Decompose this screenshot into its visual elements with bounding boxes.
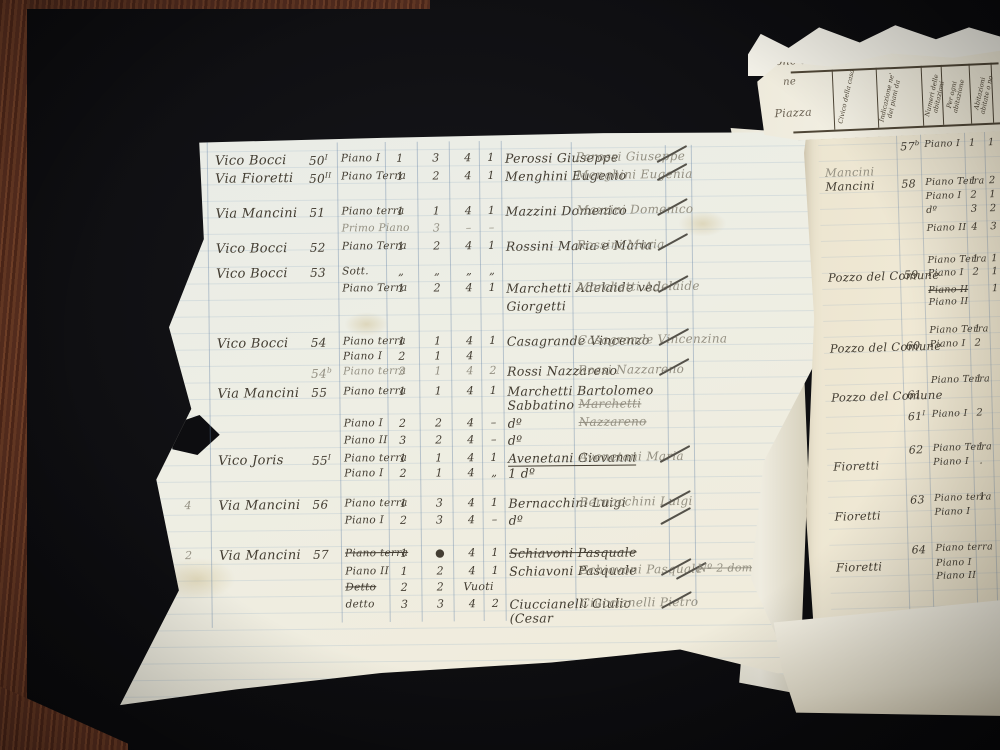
count-value: ● <box>431 546 449 559</box>
street-name: Pozzo del Comune <box>830 339 942 356</box>
header-column-label: Civico della casa <box>837 68 857 126</box>
count-value: 1 <box>971 373 987 384</box>
civic-number: 60 <box>906 339 921 352</box>
count-value: 3 <box>430 496 448 509</box>
floor-label: dº <box>926 205 937 216</box>
count-value: Vuoti <box>463 580 481 593</box>
count-value: 1 <box>969 323 985 334</box>
owner-name-ink: Sabbatino <box>507 397 574 413</box>
civic-number: 64 <box>911 543 926 556</box>
civic-number: 57b <box>900 139 920 153</box>
header-column-label: Per ogni abitazione <box>943 66 970 126</box>
count-value: 2 <box>970 337 986 348</box>
count-value: 2 <box>431 564 449 577</box>
margin-mark: 1 <box>182 267 189 280</box>
street-name: Via Mancini <box>215 206 297 222</box>
civic-number: 51 <box>309 206 341 220</box>
count-value: 3 <box>986 221 1000 232</box>
count-value: 1 <box>391 205 409 218</box>
civic-number: 54 <box>311 336 343 350</box>
civic-number: 58 <box>901 177 916 190</box>
count-value: 3 <box>966 203 982 214</box>
count-value: 1 <box>974 491 990 502</box>
count-value: „ <box>483 264 501 277</box>
civic-number: 57 <box>313 547 345 561</box>
margin-mark: ) <box>181 154 186 167</box>
count-value: 2 <box>427 169 445 182</box>
header-column-label: Indicazione ne' dei piani da <box>878 69 905 129</box>
floor-label: Piano I <box>933 456 969 468</box>
civic-number: 56 <box>312 497 344 511</box>
count-value: 1 <box>391 152 409 165</box>
count-value: 1 <box>964 137 980 148</box>
street-name: Pozzo del Comune <box>831 388 943 405</box>
count-value: 1 <box>430 466 448 479</box>
count-value: 1 <box>391 170 409 183</box>
count-value: 1 <box>965 175 981 186</box>
count-value: 1 <box>393 385 411 398</box>
street-name: Fioretti <box>833 458 880 473</box>
count-value: 1 <box>395 565 413 578</box>
count-value: 2 <box>428 239 446 252</box>
civic-number: 61I <box>908 409 926 423</box>
left-page-column-lines <box>103 122 818 129</box>
count-value: 2 <box>966 189 982 200</box>
civic-number: 52 <box>310 241 342 255</box>
count-value: 4 <box>462 496 480 509</box>
count-value: 4 <box>460 239 478 252</box>
count-value: 1 <box>967 253 983 264</box>
count-value: . <box>973 455 989 466</box>
owner-name-ink: Giorgetti <box>506 298 566 314</box>
margin-mark: 4 <box>184 499 191 512</box>
margin-mark: ) <box>181 172 186 185</box>
owner-name-ink: dº <box>508 433 523 448</box>
floor-label: Piano II <box>928 284 968 296</box>
count-value: 1 <box>987 253 1000 264</box>
floor-label: Piano I <box>341 152 380 164</box>
count-value: 2 <box>972 407 988 418</box>
count-value: 2 <box>394 467 412 480</box>
count-value: 1 <box>394 452 412 465</box>
count-value: – <box>483 221 501 234</box>
count-value: 4 <box>462 466 480 479</box>
count-value: 1 <box>482 151 500 164</box>
count-value: 1 <box>392 240 410 253</box>
count-value: 1 <box>973 441 989 452</box>
count-value: 1 <box>429 334 447 347</box>
count-value: 1 <box>988 283 1000 294</box>
count-value: 2 <box>395 581 413 594</box>
count-value: 2 <box>968 266 984 277</box>
civic-number: 61 <box>907 388 922 401</box>
count-value: 4 <box>461 384 479 397</box>
ledger-line: 57bPiano I11 <box>818 137 1000 158</box>
street-name: Mancini <box>825 178 875 193</box>
count-value: „ <box>392 265 410 278</box>
count-value: 3 <box>427 151 445 164</box>
floor-label: Piano I <box>344 467 383 479</box>
count-value: „ <box>460 264 478 277</box>
floor-label: Piano I <box>343 350 382 362</box>
header-fragment-piazza: Piazza <box>774 106 812 121</box>
count-value: 4 <box>462 433 480 446</box>
owner-name-ink: dº <box>508 416 523 431</box>
floor-label: Piano terra <box>935 541 993 554</box>
count-value: 2 <box>394 417 412 430</box>
civic-number: 50I <box>309 153 341 168</box>
civic-number: 59 <box>904 268 919 281</box>
street-name: Via Mancini <box>219 548 301 564</box>
right-page-rows: 57bPiano I11ManciniMancini58Piano Terra1… <box>818 131 1000 614</box>
count-value: 2 <box>428 281 446 294</box>
count-value: 4 <box>461 364 479 377</box>
floor-label: Piano I <box>932 408 968 420</box>
count-value: 3 <box>394 434 412 447</box>
header-column-cell: Civico della casa <box>832 68 880 130</box>
count-value: 1 <box>482 169 500 182</box>
count-value: 4 <box>459 169 477 182</box>
civic-number: 63 <box>910 493 925 506</box>
street-name: Fioretti <box>834 508 881 523</box>
count-value: 2 <box>431 580 449 593</box>
count-value: 2 <box>486 597 504 610</box>
count-value: 4 <box>463 513 481 526</box>
header-column-cell: Per ogni abitazione <box>941 64 973 125</box>
header-fragment-ne: ne <box>783 76 796 88</box>
floor-label: Piano I <box>930 338 966 350</box>
count-value: 4 <box>462 451 480 464</box>
count-value: 1 <box>988 266 1000 277</box>
owner-name-ink: (Cesar <box>510 610 554 625</box>
count-value: 1 <box>429 364 447 377</box>
bottom-right-page-fold <box>771 600 1000 720</box>
owner-name-pencil: Bernacchini Luigi <box>579 494 692 509</box>
street-name: Vico Bocci <box>215 153 287 169</box>
header-column-cell: Indicazione ne' dei piani da <box>876 66 925 128</box>
civic-number: 55 <box>311 386 343 400</box>
floor-label: Piano I <box>936 557 972 569</box>
count-value: – <box>485 416 503 429</box>
left-page: )Vico Bocci50IPiano I1341Perossi Giusepp… <box>103 122 824 714</box>
owner-name-pencil: Nazzareno <box>579 414 647 429</box>
ledger-photo: )Vico Bocci50IPiano I1341Perossi Giusepp… <box>0 0 1000 750</box>
floor-label: Piano I <box>934 506 970 518</box>
count-value: 3 <box>431 513 449 526</box>
count-value: 4 <box>459 204 477 217</box>
ledger-line: Piano II43 <box>821 221 1000 242</box>
desk-wood-edge-top <box>0 0 430 9</box>
floor-label: detto <box>345 598 374 610</box>
count-value: 1 <box>486 564 504 577</box>
count-value: 1 <box>395 547 413 560</box>
count-value: 2 <box>985 175 999 186</box>
owner-name-ink: Schiavoni Pasquale <box>509 544 637 560</box>
floor-label: Detto <box>345 581 376 593</box>
street-name: Pozzo del Comune <box>828 268 940 285</box>
left-page-rows: )Vico Bocci50IPiano I1341Perossi Giusepp… <box>103 122 818 129</box>
count-value: 3 <box>395 598 413 611</box>
owner-name-pencil: Marchetti <box>578 396 641 411</box>
floor-label: Piano I <box>926 190 962 202</box>
ledger-line: 61IPiano I2 <box>826 407 1000 428</box>
count-value: 1 <box>392 282 410 295</box>
civic-number: 54b <box>311 366 343 381</box>
owner-name-pencil: Rossini Maria <box>577 237 665 252</box>
count-value: 4 <box>459 151 477 164</box>
civic-number: 53 <box>310 266 342 280</box>
count-value: 2 <box>395 514 413 527</box>
owner-name-ink: dº <box>509 513 524 528</box>
count-value: 2 <box>484 364 502 377</box>
count-value: 1 <box>485 451 503 464</box>
count-value: 4 <box>966 221 982 232</box>
count-value: – <box>485 433 503 446</box>
header-column-cell <box>991 62 1000 122</box>
floor-label: Piano II <box>929 296 969 308</box>
floor-label: Primo Piano <box>342 222 410 235</box>
floor-label: Piano II <box>926 222 966 234</box>
civic-number: 50II <box>309 171 341 186</box>
count-value: 1 <box>429 384 447 397</box>
count-value: 3 <box>393 365 411 378</box>
owner-name-pencil: Marchetti Adelaide <box>577 279 700 294</box>
count-value: 4 <box>461 334 479 347</box>
street-name: Vico Joris <box>218 453 284 469</box>
count-value: 4 <box>463 597 481 610</box>
owner-name-pencil: Casagrande Vincenzina <box>578 331 728 347</box>
count-value: 1 <box>484 334 502 347</box>
floor-label: Piano I <box>924 138 960 150</box>
street-name: Via Mancini <box>218 498 300 514</box>
floor-label: Piano I <box>344 417 383 429</box>
count-value: 4 <box>460 281 478 294</box>
count-value: 1 <box>394 497 412 510</box>
count-value: „ <box>428 264 446 277</box>
count-value: 1 <box>427 204 445 217</box>
count-value: „ <box>485 466 503 479</box>
desk-wood-edge-left <box>0 0 27 750</box>
owner-name-ink: 1 dº <box>508 465 535 480</box>
count-value: 1 <box>986 189 1000 200</box>
count-value: 1 <box>483 281 501 294</box>
count-value: 3 <box>428 221 446 234</box>
count-value: 1 <box>482 204 500 217</box>
count-value: 4 <box>463 546 481 559</box>
civic-number: 62 <box>909 443 924 456</box>
count-value: 1 <box>486 546 504 559</box>
count-value: – <box>460 221 478 234</box>
floor-label: Piano I <box>345 514 384 526</box>
count-value: 4 <box>463 564 481 577</box>
floor-label: Piano II <box>345 565 389 577</box>
street-name: Vico Bocci <box>216 241 288 257</box>
margin-mark: 2 <box>185 549 192 562</box>
count-value: 1 <box>430 451 448 464</box>
count-value: 3 <box>431 597 449 610</box>
street-name: Via Fioretti <box>215 171 293 187</box>
count-value: 1 <box>393 335 411 348</box>
civic-number: 55I <box>312 452 344 467</box>
count-value: 1 <box>429 349 447 362</box>
count-value: 2 <box>430 416 448 429</box>
street-name: Vico Bocci <box>217 336 289 352</box>
floor-label: Piano I <box>928 267 964 279</box>
street-name: Vico Bocci <box>216 266 288 282</box>
count-value: 4 <box>462 416 480 429</box>
count-value: 1 <box>483 239 501 252</box>
count-value: 1 <box>984 137 998 148</box>
floor-label: Sott. <box>342 265 369 277</box>
floor-label: Piano II <box>936 570 976 582</box>
count-value: 4 <box>461 349 479 362</box>
count-value: 2 <box>430 433 448 446</box>
count-value: 1 <box>485 496 503 509</box>
count-value: 2 <box>393 350 411 363</box>
count-value: – <box>486 513 504 526</box>
floor-label: Piano II <box>344 434 388 446</box>
count-value: 2 <box>986 203 1000 214</box>
street-name: Mancini <box>825 164 875 179</box>
count-value: 1 <box>484 384 502 397</box>
